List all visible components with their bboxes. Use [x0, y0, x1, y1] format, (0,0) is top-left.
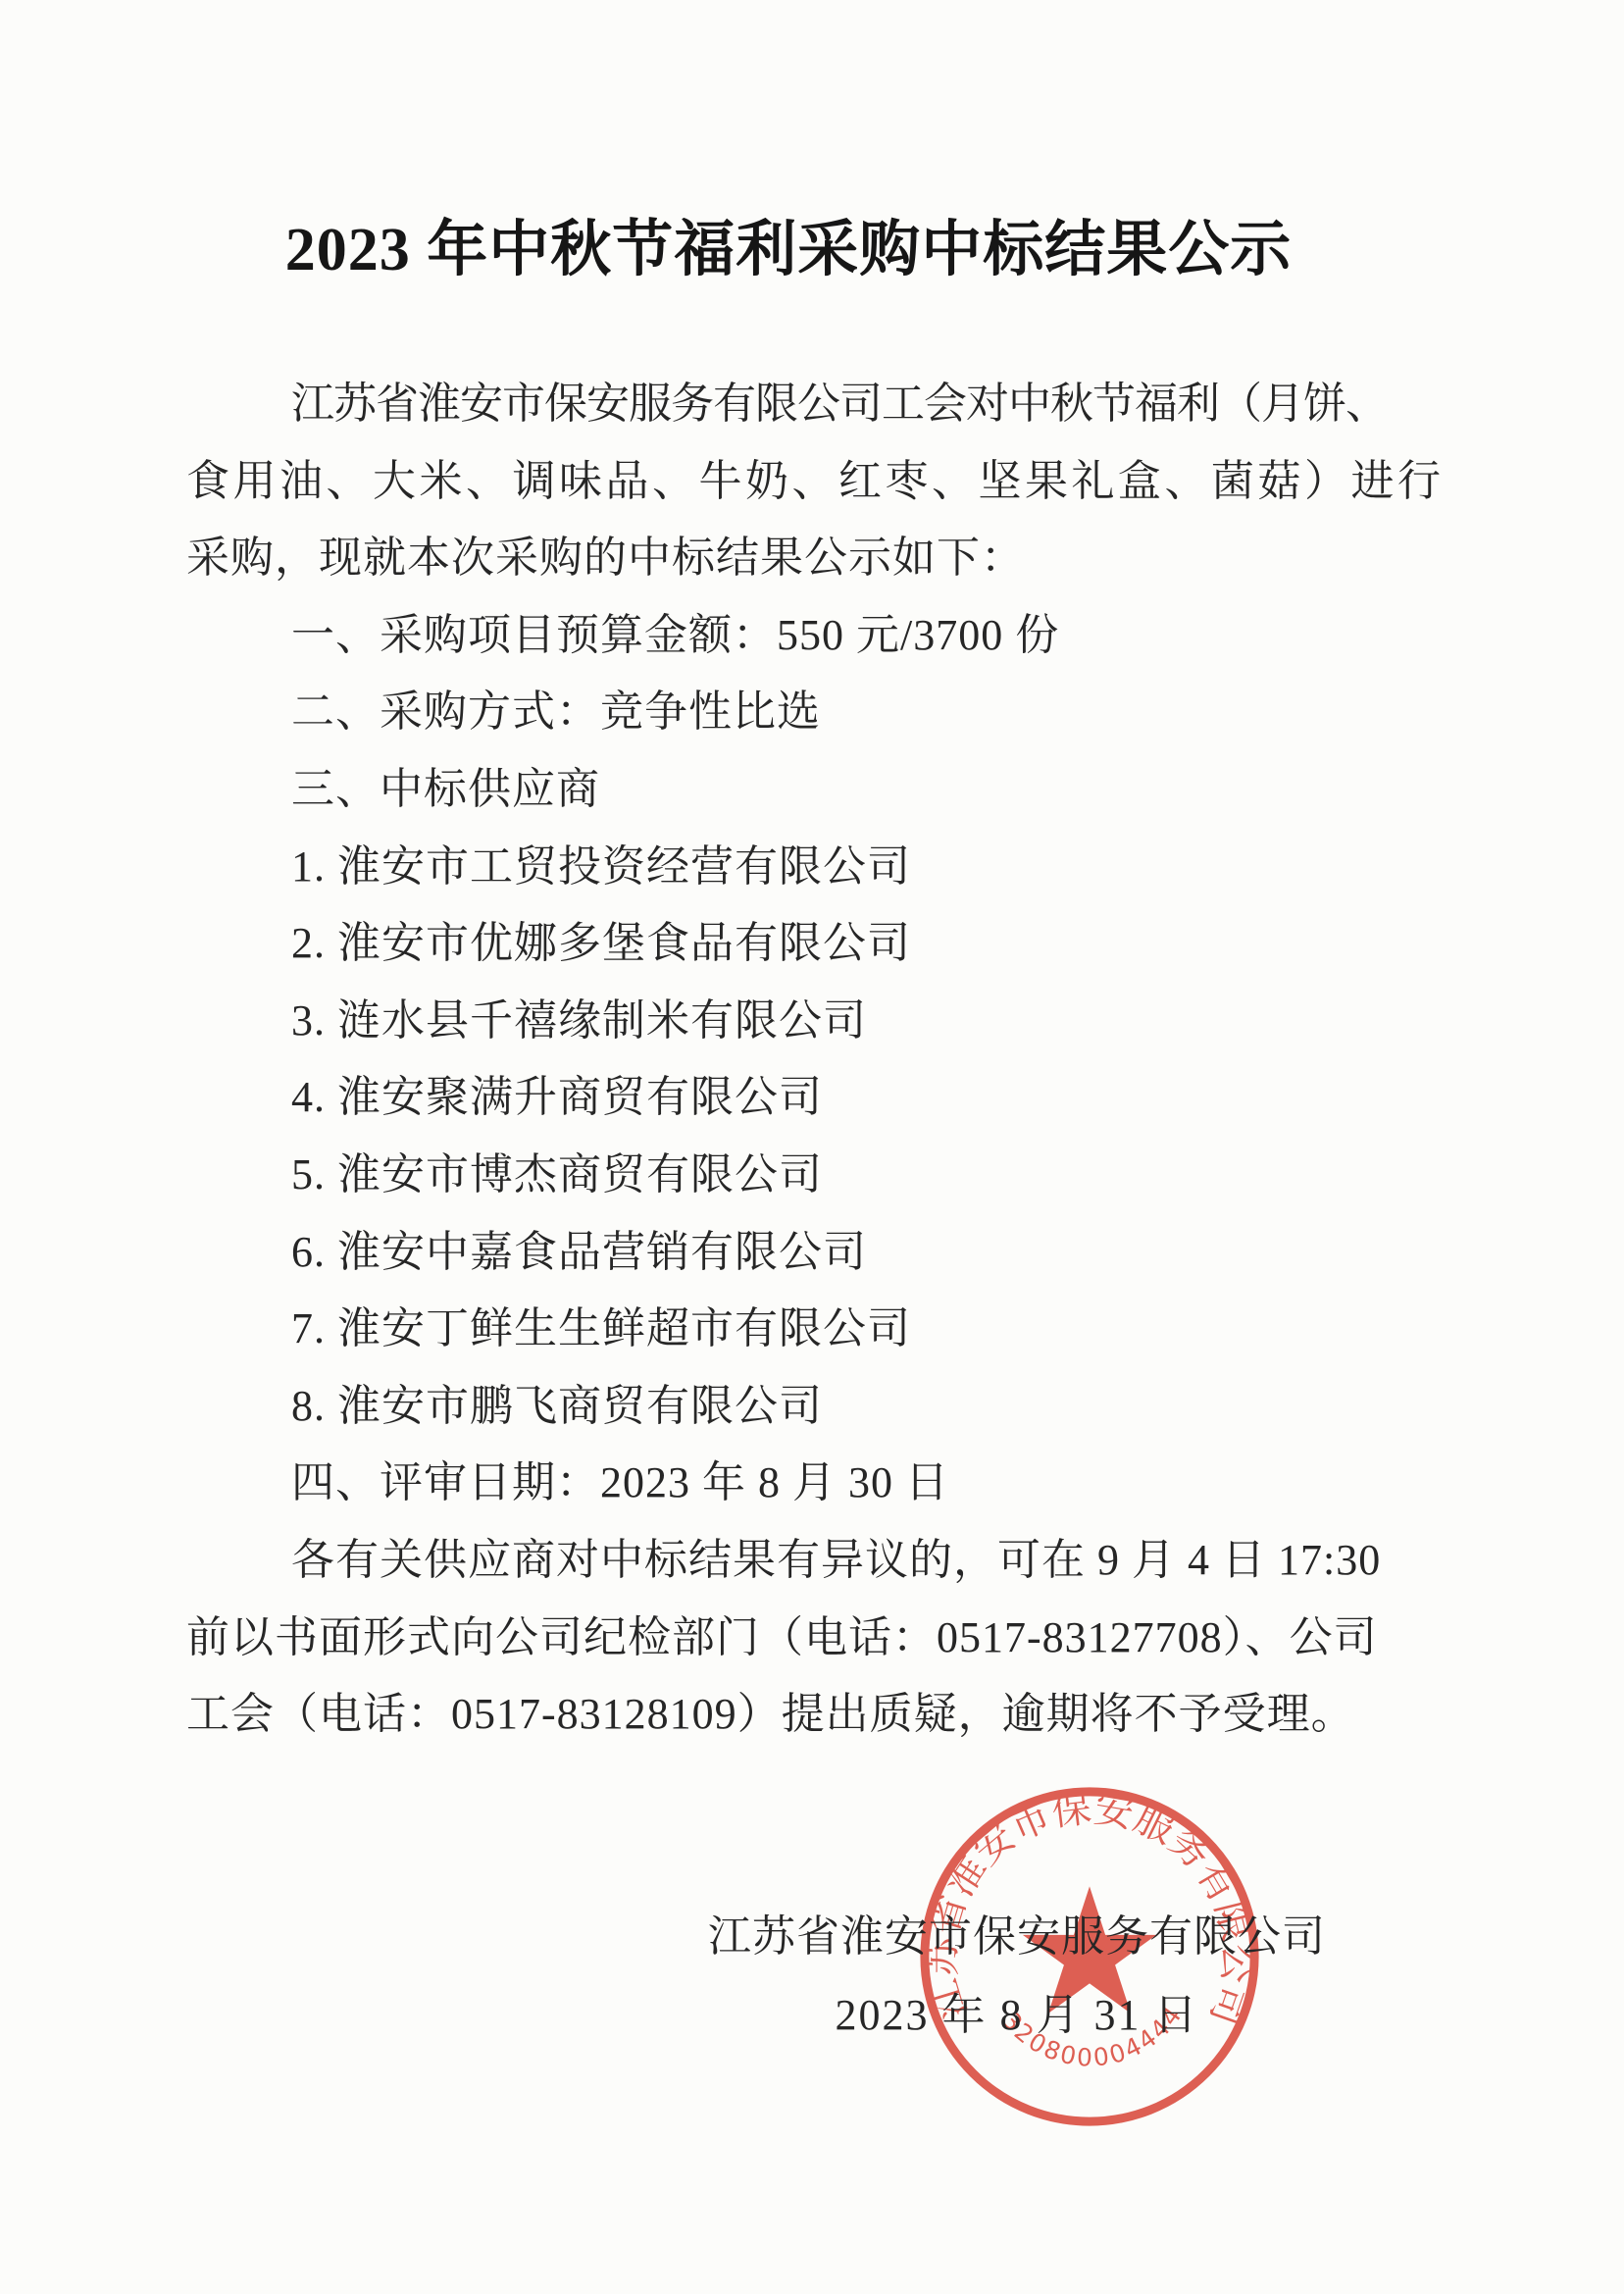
announcement-page: 2023 年中秋节福利采购中标结果公示 江苏省淮安市保安服务有限公司工会对中秋节… [0, 0, 1624, 2294]
supplier-item: 7. 淮安丁鲜生生鲜超市有限公司 [186, 1291, 1432, 1368]
objection-line: 工会（电话：0517-83128109）提出质疑，逾期将不予受理。 [186, 1676, 1432, 1754]
section-method: 二、采购方式：竞争性比选 [186, 674, 1432, 751]
supplier-item: 6. 淮安中嘉食品营销有限公司 [186, 1214, 1432, 1292]
page-title: 2023 年中秋节福利采购中标结果公示 [0, 200, 1624, 287]
supplier-item: 2. 淮安市优娜多堡食品有限公司 [186, 905, 1432, 983]
intro-line: 采购，现就本次采购的中标结果公示如下： [186, 520, 1432, 597]
signature-company: 江苏省淮安市保安服务有限公司 [698, 1912, 1336, 1962]
supplier-item: 5. 淮安市博杰商贸有限公司 [186, 1137, 1432, 1214]
supplier-item: 4. 淮安聚满升商贸有限公司 [186, 1059, 1432, 1137]
intro-line: 食用油、大米、调味品、牛奶、红枣、坚果礼盒、菌菇）进行 [186, 443, 1432, 521]
supplier-item: 8. 淮安市鹏飞商贸有限公司 [186, 1368, 1432, 1446]
signature-date: 2023 年 8 月 31 日 [698, 1991, 1336, 2040]
objection-line: 前以书面形式向公司纪检部门（电话：0517-83127708）、公司 [186, 1600, 1432, 1677]
supplier-item: 1. 淮安市工贸投资经营有限公司 [186, 829, 1432, 906]
document-body: 江苏省淮安市保安服务有限公司工会对中秋节福利（月饼、 食用油、大米、调味品、牛奶… [186, 366, 1432, 1754]
signature-block: 江苏省淮安市保安服务有限公司 2023 年 8 月 31 日 [698, 1912, 1336, 2040]
section-review-date: 四、评审日期：2023 年 8 月 30 日 [186, 1445, 1432, 1522]
objection-line: 各有关供应商对中标结果有异议的，可在 9 月 4 日 17:30 [186, 1522, 1432, 1600]
supplier-item: 3. 涟水县千禧缘制米有限公司 [186, 983, 1432, 1060]
section-suppliers-heading: 三、中标供应商 [186, 751, 1432, 829]
section-budget: 一、采购项目预算金额：550 元/3700 份 [186, 597, 1432, 675]
intro-line: 江苏省淮安市保安服务有限公司工会对中秋节福利（月饼、 [186, 366, 1432, 443]
